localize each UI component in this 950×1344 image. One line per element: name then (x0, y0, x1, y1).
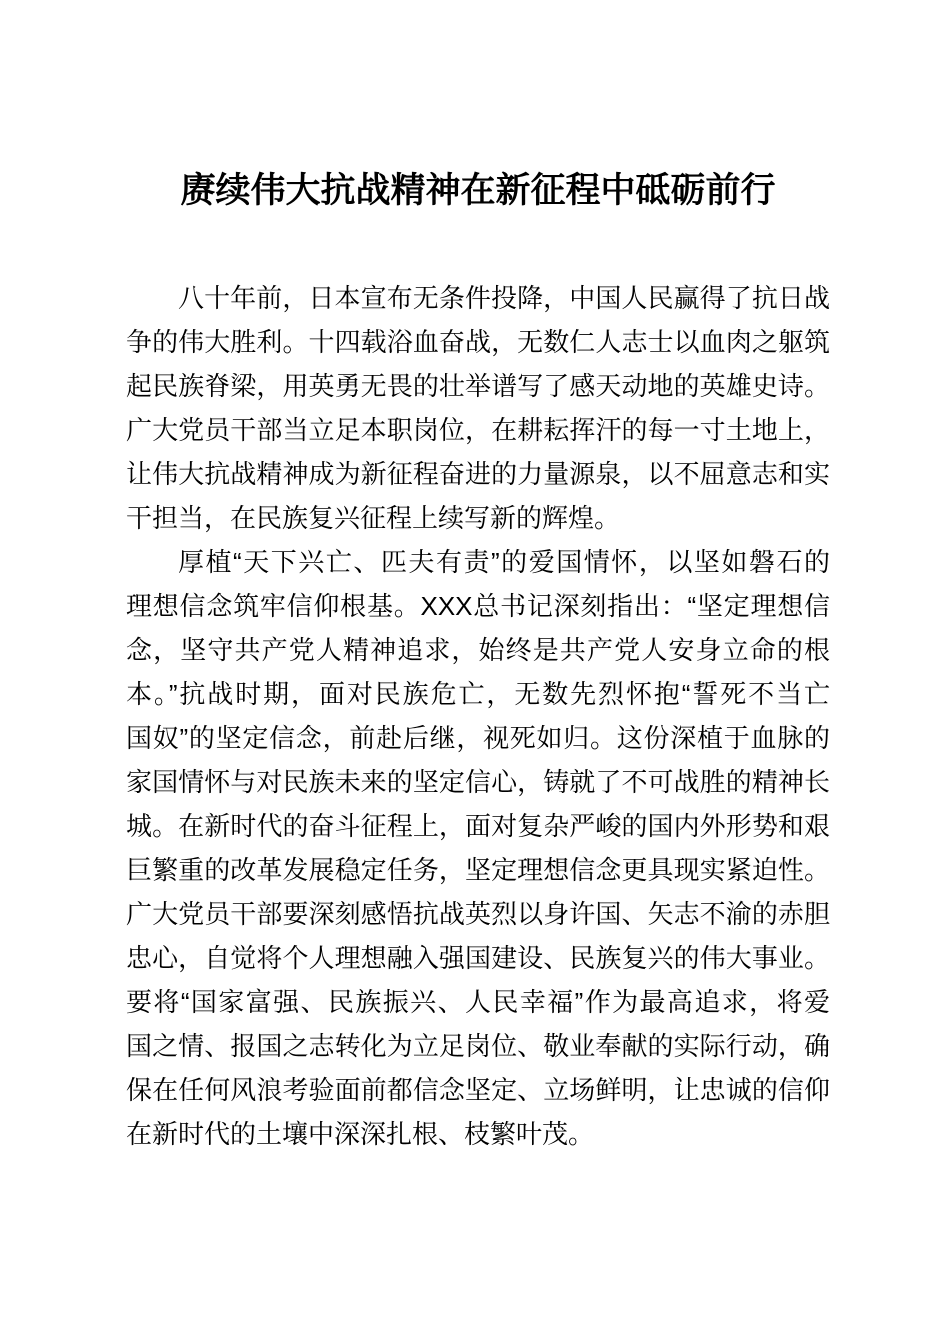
text-line: 起民族脊梁，用英勇无畏的壮举谱写了感天动地的英雄史诗。 (126, 364, 830, 408)
document-body: 八十年前，日本宣布无条件投降，中国人民赢得了抗日战争的伟大胜利。十四载浴血奋战，… (126, 276, 830, 1156)
text-line: 本。”抗战时期，面对民族危亡，无数先烈怀抱“誓死不当亡 (126, 672, 830, 716)
text-line: 忠心，自觉将个人理想融入强国建设、民族复兴的伟大事业。 (126, 936, 830, 980)
text-line: 保在任何风浪考验面前都信念坚定、立场鲜明，让忠诚的信仰 (126, 1068, 830, 1112)
paragraph: 厚植“天下兴亡、匹夫有责”的爱国情怀，以坚如磐石的理想信念筑牢信仰根基。XXX总… (126, 540, 830, 1156)
text-line: 厚植“天下兴亡、匹夫有责”的爱国情怀，以坚如磐石的 (126, 540, 830, 584)
text-line: 八十年前，日本宣布无条件投降，中国人民赢得了抗日战 (126, 276, 830, 320)
text-line: 城。在新时代的奋斗征程上，面对复杂严峻的国内外形势和艰 (126, 804, 830, 848)
text-line: 念，坚守共产党人精神追求，始终是共产党人安身立命的根 (126, 628, 830, 672)
text-line: 要将“国家富强、民族振兴、人民幸福”作为最高追求，将爱 (126, 980, 830, 1024)
text-line: 在新时代的土壤中深深扎根、枝繁叶茂。 (126, 1112, 830, 1156)
text-line: 干担当，在民族复兴征程上续写新的辉煌。 (126, 496, 830, 540)
text-line: 争的伟大胜利。十四载浴血奋战，无数仁人志士以血肉之躯筑 (126, 320, 830, 364)
text-line: 广大党员干部当立足本职岗位，在耕耘挥汗的每一寸土地上， (126, 408, 830, 452)
text-line: 广大党员干部要深刻感悟抗战英烈以身许国、矢志不渝的赤胆 (126, 892, 830, 936)
text-line: 国之情、报国之志转化为立足岗位、敬业奉献的实际行动，确 (126, 1024, 830, 1068)
text-line: 理想信念筑牢信仰根基。XXX总书记深刻指出：“坚定理想信 (126, 584, 830, 628)
text-line: 巨繁重的改革发展稳定任务，坚定理想信念更具现实紧迫性。 (126, 848, 830, 892)
text-line: 让伟大抗战精神成为新征程奋进的力量源泉，以不屈意志和实 (126, 452, 830, 496)
text-line: 家国情怀与对民族未来的坚定信心，铸就了不可战胜的精神长 (126, 760, 830, 804)
text-line: 国奴”的坚定信念，前赴后继，视死如归。这份深植于血脉的 (126, 716, 830, 760)
paragraph: 八十年前，日本宣布无条件投降，中国人民赢得了抗日战争的伟大胜利。十四载浴血奋战，… (126, 276, 830, 540)
document-title: 赓续伟大抗战精神在新征程中砥砺前行 (126, 0, 830, 216)
document-page: 赓续伟大抗战精神在新征程中砥砺前行 八十年前，日本宣布无条件投降，中国人民赢得了… (126, 0, 830, 1156)
